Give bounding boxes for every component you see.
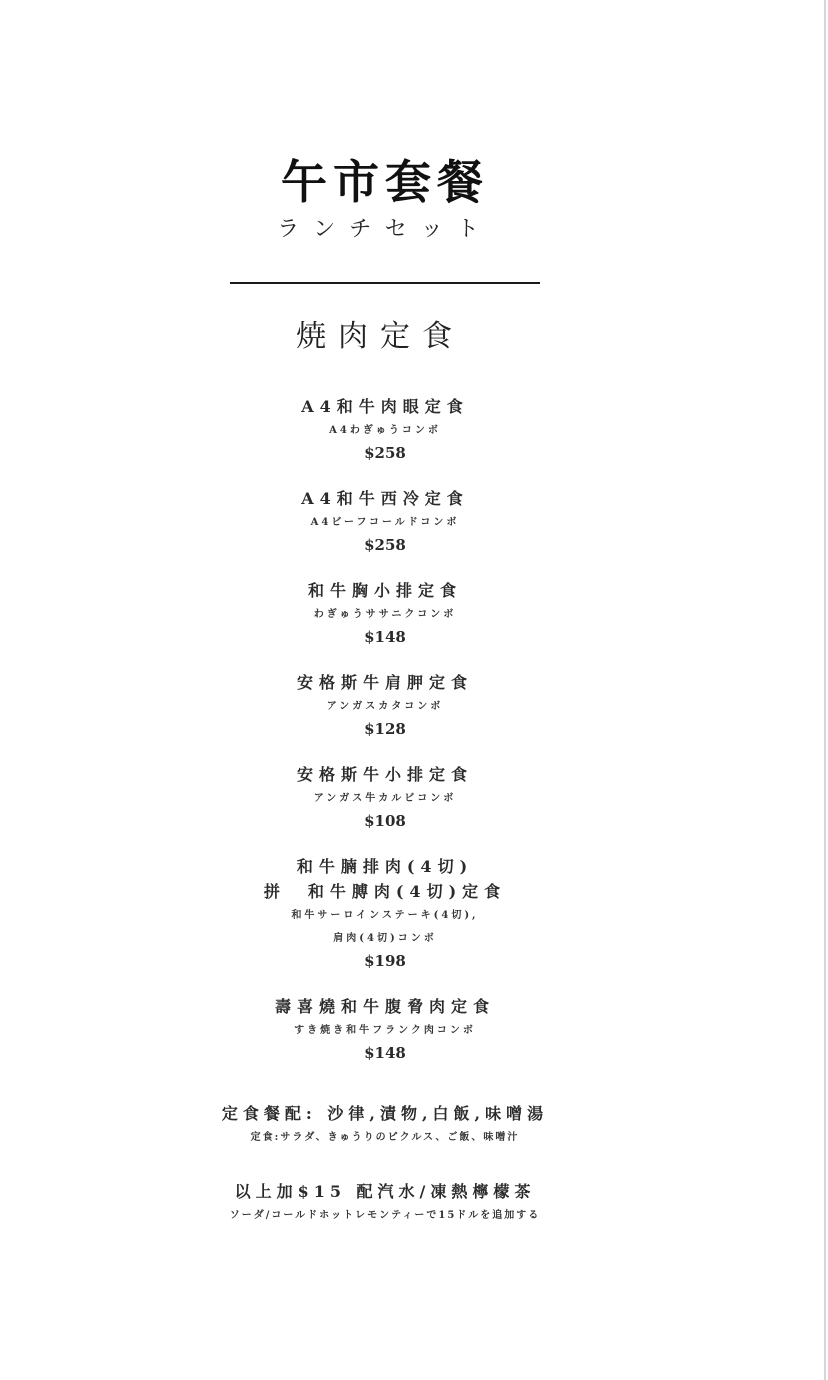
menu-item-japanese-name: アンガス牛カルビコンボ	[0, 787, 770, 810]
menu-item-japanese-name: アンガスカタコンボ	[0, 695, 770, 718]
menu-item-price: $128	[0, 718, 770, 740]
menu-item-price: $148	[0, 626, 770, 648]
page-subtitle: ランチセット	[0, 212, 770, 248]
menu-item-price: $198	[0, 950, 770, 972]
menu-item-name: 和牛胸小排定食	[0, 578, 770, 603]
menu-item: 和牛腩排肉(4切) 拼 和牛膊肉(4切)定食 和牛サーロインステーキ(4切), …	[0, 854, 770, 972]
menu-item: 安格斯牛肩胛定食 アンガスカタコンボ $128	[0, 670, 770, 740]
section-title: 焼肉定食	[0, 315, 760, 359]
set-includes-note: 定食餐配: 沙律,漬物,白飯,味噌湯 定食:サラダ、きゅうりのピクルス、ご飯、味…	[0, 1101, 770, 1149]
set-includes-text: 定食餐配: 沙律,漬物,白飯,味噌湯	[0, 1101, 770, 1127]
menu-item-name: 安格斯牛小排定食	[0, 762, 770, 787]
drink-addon-text: 以上加$15 配汽水/凍熱檸檬茶	[0, 1179, 770, 1205]
menu-item: 和牛胸小排定食 わぎゅうササニクコンボ $148	[0, 578, 770, 648]
menu-list: A4和牛肉眼定食 A4わぎゅうコンボ $258 A4和牛西冷定食 A4ビーフコー…	[0, 394, 770, 1086]
page-edge-divider	[824, 0, 826, 1380]
menu-item-japanese-name: A4わぎゅうコンボ	[0, 419, 770, 442]
drink-addon-japanese: ソーダ/コールドホットレモンティーで15ドルを追加する	[0, 1205, 770, 1227]
menu-item-price: $258	[0, 534, 770, 556]
menu-item-name: A4和牛西冷定食	[0, 486, 770, 511]
menu-item-japanese-name: すき焼き和牛フランク肉コンボ	[0, 1019, 770, 1042]
menu-item: A4和牛西冷定食 A4ビーフコールドコンボ $258	[0, 486, 770, 556]
page-title: 午市套餐	[0, 152, 770, 212]
menu-item-name: 壽喜燒和牛腹脅肉定食	[0, 994, 770, 1019]
menu-item-name: 安格斯牛肩胛定食	[0, 670, 770, 695]
menu-item-japanese-name: A4ビーフコールドコンボ	[0, 511, 770, 534]
menu-item-japanese-name-line2: 肩肉(4切)コンボ	[0, 927, 770, 950]
drink-addon-note: 以上加$15 配汽水/凍熱檸檬茶 ソーダ/コールドホットレモンティーで15ドルを…	[0, 1179, 770, 1227]
menu-item-japanese-name: 和牛サーロインステーキ(4切),	[0, 904, 770, 927]
menu-item: 壽喜燒和牛腹脅肉定食 すき焼き和牛フランク肉コンボ $148	[0, 994, 770, 1064]
menu-item: 安格斯牛小排定食 アンガス牛カルビコンボ $108	[0, 762, 770, 832]
menu-item-name: 和牛腩排肉(4切)	[0, 854, 770, 879]
menu-item-price: $148	[0, 1042, 770, 1064]
menu-item-price: $108	[0, 810, 770, 832]
set-includes-japanese: 定食:サラダ、きゅうりのピクルス、ご飯、味噌汁	[0, 1127, 770, 1149]
menu-item-price: $258	[0, 442, 770, 464]
menu-item-name-line2: 拼 和牛膊肉(4切)定食	[0, 879, 770, 904]
title-divider	[230, 282, 540, 284]
menu-item-name: A4和牛肉眼定食	[0, 394, 770, 419]
menu-item: A4和牛肉眼定食 A4わぎゅうコンボ $258	[0, 394, 770, 464]
menu-item-japanese-name: わぎゅうササニクコンボ	[0, 603, 770, 626]
